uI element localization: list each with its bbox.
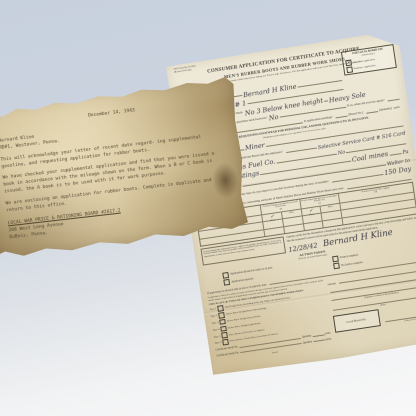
checkbox-empty-icon xyxy=(219,319,225,325)
check-mark: ✓ xyxy=(270,213,275,220)
photo-of-ration-documents: OPA Form No. R-1605 (Revised 9-25-43) CO… xyxy=(0,0,416,416)
table-row3-cell xyxy=(284,224,304,233)
employer-application-label: Employer Application xyxy=(353,64,375,70)
type-number: Type 2 xyxy=(210,314,217,318)
col-b-letter: (b) xyxy=(280,208,283,210)
fill-line xyxy=(366,111,378,114)
form-required-label: Form is required. xyxy=(340,254,359,260)
no-caption: (No) xyxy=(328,205,333,209)
local-board-no-label: Local Board No. xyxy=(346,318,366,325)
checkbox-empty-icon xyxy=(223,339,229,345)
pairs-label: pairs. xyxy=(326,337,332,341)
col-d-letter: (d) xyxy=(375,191,378,193)
checkbox-empty-icon xyxy=(217,305,223,311)
table-row3-cell xyxy=(265,227,285,236)
checkbox-empty-icon xyxy=(222,272,228,278)
pairs-label: pairs. xyxy=(325,332,331,336)
checkbox-empty-icon xyxy=(332,256,338,262)
table-row3-cell xyxy=(304,221,324,230)
type-number: Type 4 xyxy=(212,328,219,332)
x-mark: ✕ xyxy=(346,60,350,66)
pairs-caption: pairs xyxy=(394,106,402,111)
fill-line xyxy=(313,340,325,343)
checkbox-empty-icon xyxy=(346,66,352,72)
board-signoff-column: reasons: (Signature or initials of Board… xyxy=(327,264,416,344)
col-c-letter: (c) xyxy=(318,202,321,204)
type-number: Type 5 xyxy=(213,334,220,338)
no-caption: (No) xyxy=(289,211,294,215)
table-row3-cell xyxy=(323,218,343,227)
checkbox-empty-icon xyxy=(221,332,227,338)
checkbox-empty-icon xyxy=(218,312,224,318)
ink-stain xyxy=(210,161,240,200)
checkbox-empty-icon xyxy=(220,325,226,331)
type-number: Type 6 xyxy=(214,341,221,345)
fill-line xyxy=(312,334,324,337)
check-mark: ✓ xyxy=(308,208,313,215)
checkbox-checked-icon: ✕ xyxy=(345,60,351,66)
quantity-label: Quantity xyxy=(302,335,312,340)
type-number: Type 3 xyxy=(211,321,218,325)
